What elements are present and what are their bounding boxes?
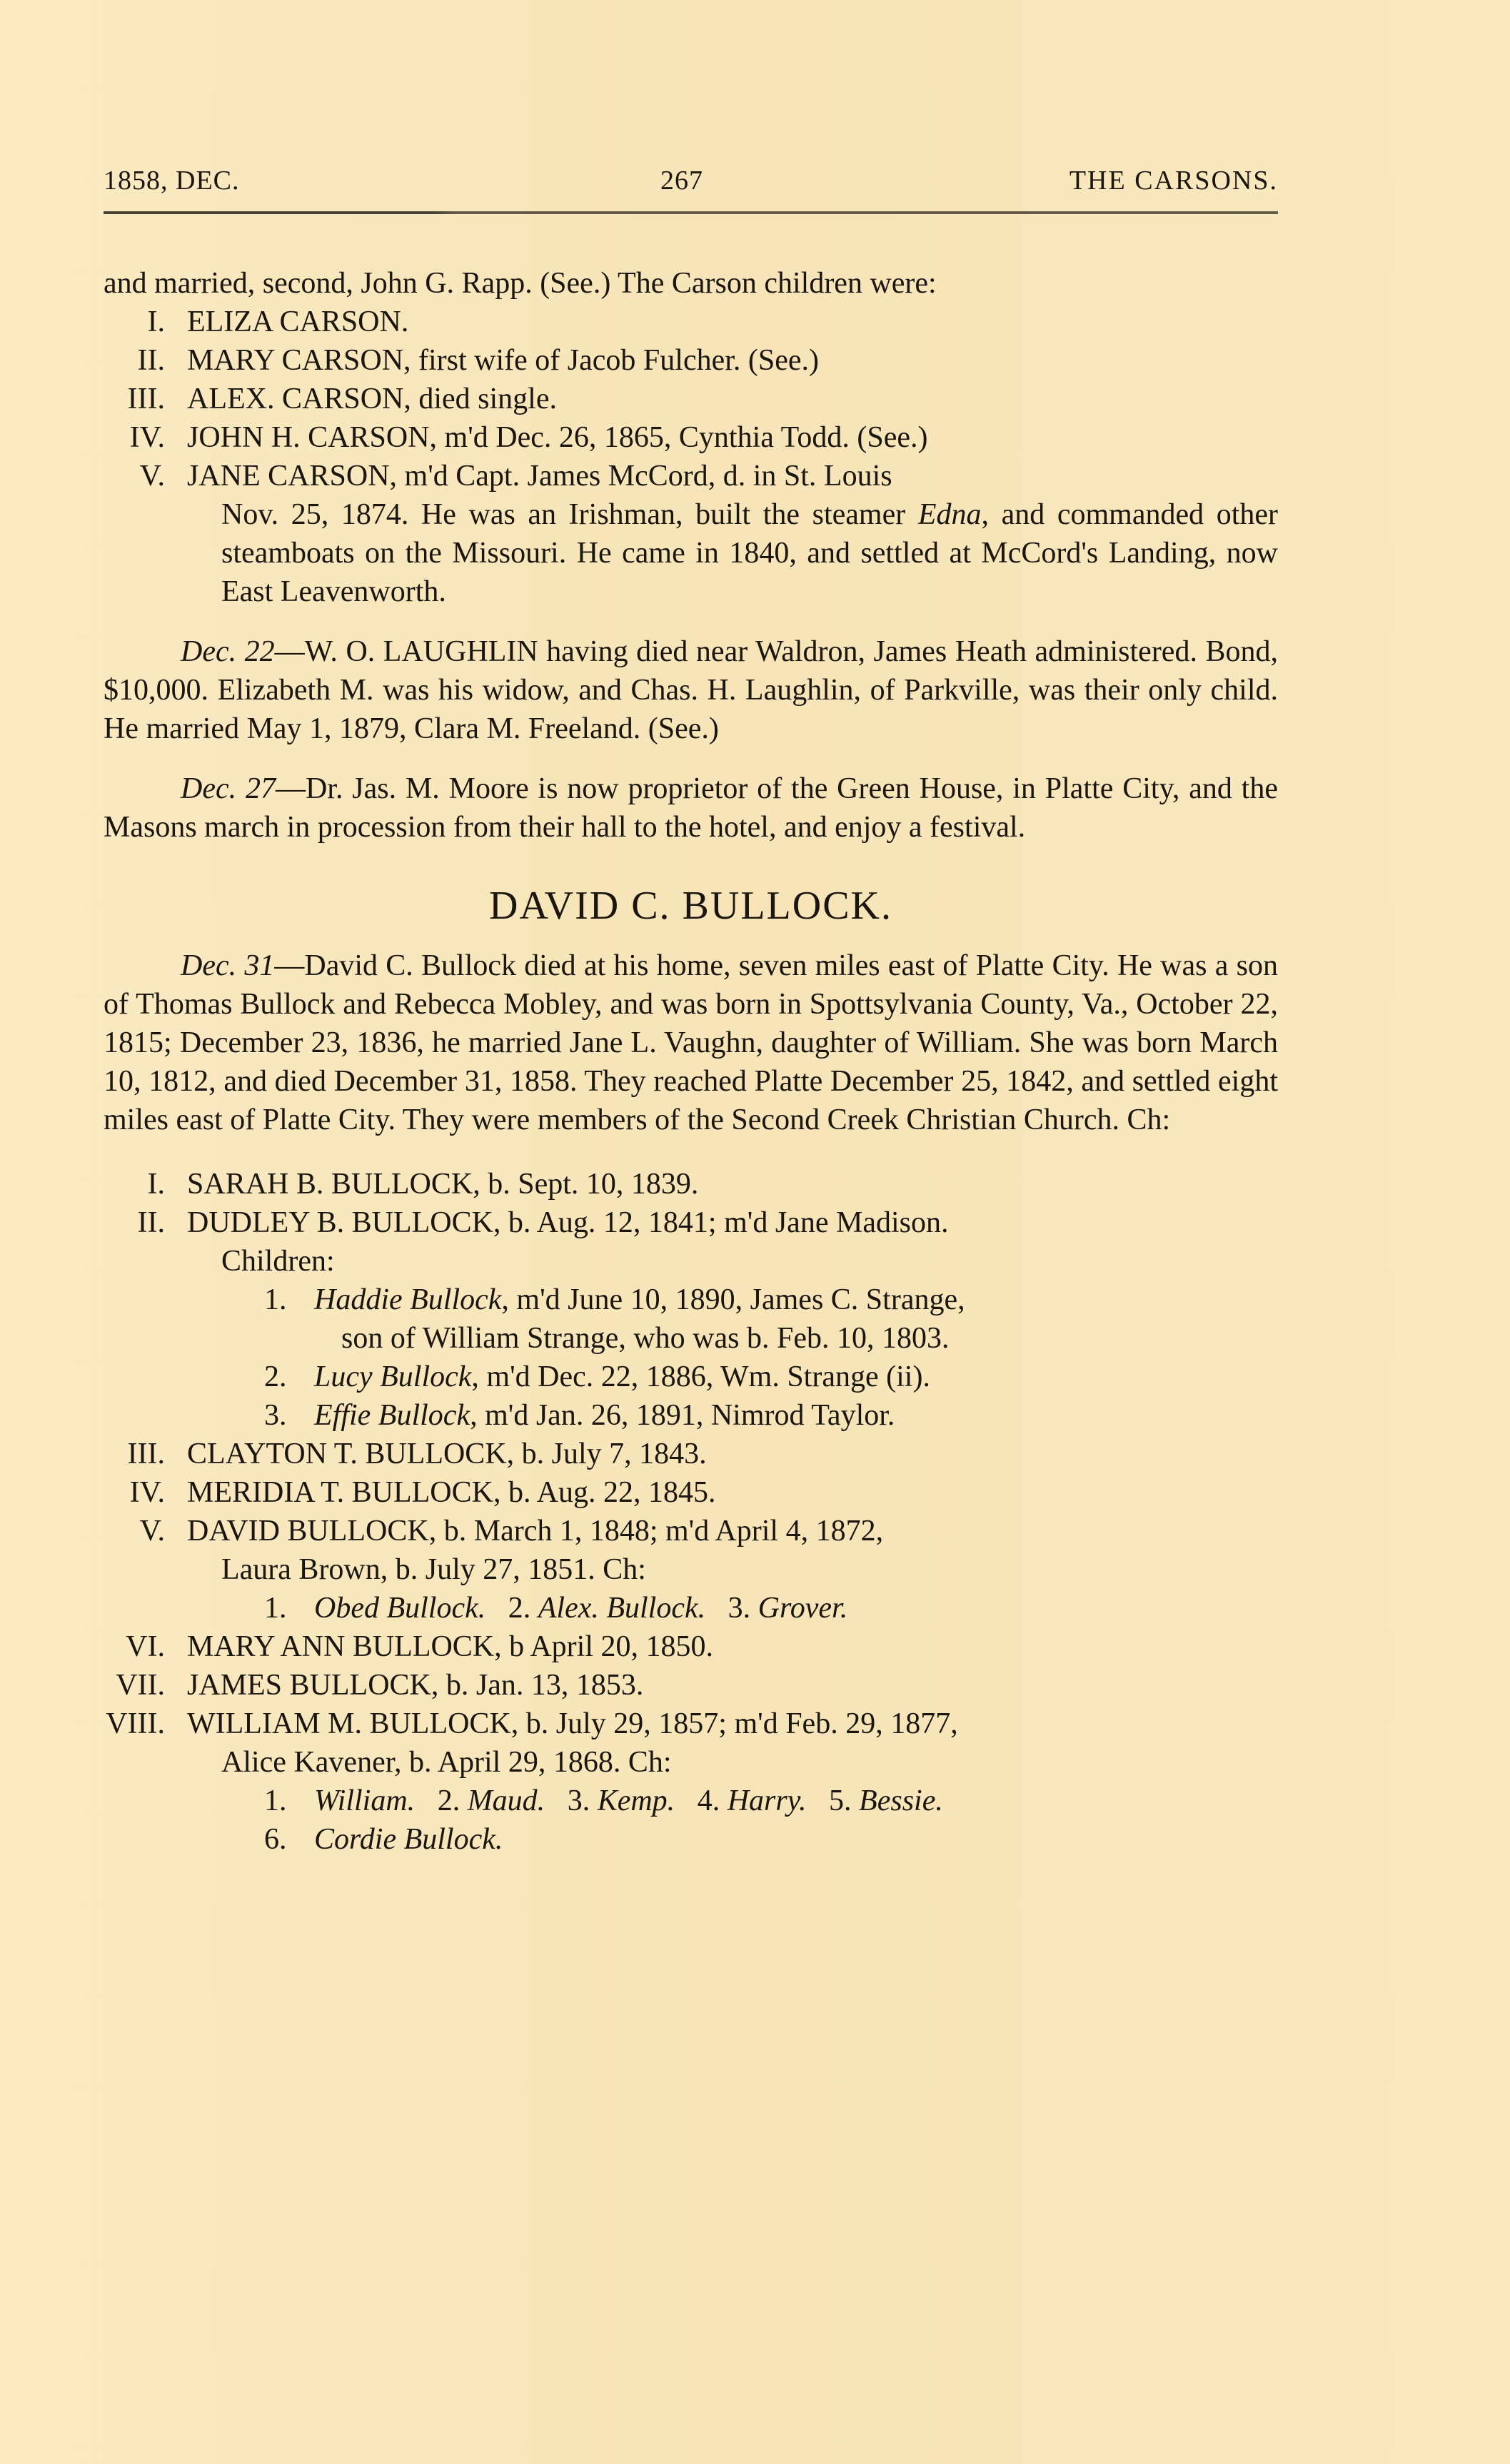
- entry-text: —Dr. Jas. M. Moore is now proprietor of …: [104, 772, 1278, 844]
- grandchild-name: Grover.: [758, 1592, 848, 1625]
- entry-text: —David C. Bullock died at his home, seve…: [104, 949, 1278, 1136]
- steamer-name: Edna: [918, 498, 982, 531]
- grandchild-continuation: son of William Strange, who was b. Feb. …: [314, 1319, 1278, 1358]
- grandchild-name: William.: [314, 1784, 415, 1817]
- carson-children-list: I. ELIZA CARSON. II. MARY CARSON, first …: [104, 303, 1278, 611]
- entry-date: Dec. 27: [181, 772, 276, 805]
- child-text: ELIZA CARSON.: [187, 306, 408, 338]
- running-head-title: THE CARSONS.: [1069, 163, 1278, 198]
- arabic-numeral: 3.: [568, 1784, 590, 1817]
- grandchild-text: , m'd Dec. 22, 1886, Wm. Strange (ii).: [471, 1360, 930, 1393]
- grandchild-name: Obed Bullock.: [314, 1592, 485, 1625]
- list-item: V. JANE CARSON, m'd Capt. James McCord, …: [104, 457, 1278, 611]
- roman-numeral: VII.: [104, 1666, 165, 1705]
- entry-paragraph: Dec. 31—David C. Bullock died at his hom…: [104, 946, 1278, 1139]
- grandchildren-line: 1. Obed Bullock. 2. Alex. Bullock. 3. Gr…: [104, 1589, 1278, 1627]
- child-text: MARY ANN BULLOCK, b April 20, 1850.: [187, 1630, 713, 1663]
- list-item: VI. MARY ANN BULLOCK, b April 20, 1850.: [104, 1627, 1278, 1666]
- entry-date: Dec. 31: [181, 949, 274, 982]
- grandchild-name: Bessie.: [859, 1784, 943, 1817]
- list-item: VII. JAMES BULLOCK, b. Jan. 13, 1853.: [104, 1666, 1278, 1705]
- list-item: II. MARY CARSON, first wife of Jacob Ful…: [104, 341, 1278, 380]
- grandchild-item: 3. Effie Bullock, m'd Jan. 26, 1891, Nim…: [104, 1396, 1278, 1435]
- arabic-numeral: 3.: [728, 1592, 751, 1625]
- roman-numeral: VIII.: [104, 1705, 165, 1743]
- roman-numeral: II.: [104, 1203, 165, 1242]
- entry-date: Dec. 22: [181, 635, 275, 668]
- roman-numeral: IV.: [104, 418, 165, 457]
- bullock-children-list: I. SARAH B. BULLOCK, b. Sept. 10, 1839. …: [104, 1165, 1278, 1859]
- arabic-numeral: 1.: [264, 1589, 287, 1627]
- roman-numeral: II.: [104, 341, 165, 380]
- header-rule: [104, 211, 1278, 214]
- child-text: WILLIAM M. BULLOCK, b. July 29, 1857; m'…: [187, 1707, 958, 1740]
- child-text: ALEX. CARSON, died single.: [187, 383, 557, 415]
- arabic-numeral: 2.: [438, 1784, 460, 1817]
- intro-paragraph: and married, second, John G. Rapp. (See.…: [104, 264, 1278, 303]
- page-body: and married, second, John G. Rapp. (See.…: [104, 264, 1278, 1859]
- arabic-numeral: 1.: [264, 1281, 287, 1319]
- grandchild-name: Maud.: [468, 1784, 545, 1817]
- grandchild-name: Lucy Bullock: [314, 1360, 471, 1393]
- list-item: II. DUDLEY B. BULLOCK, b. Aug. 12, 1841;…: [104, 1203, 1278, 1242]
- grandchild-name: Cordie Bullock.: [314, 1823, 503, 1856]
- entry-paragraph: Dec. 27—Dr. Jas. M. Moore is now proprie…: [104, 769, 1278, 847]
- child-text: DUDLEY B. BULLOCK, b. Aug. 12, 1841; m'd…: [187, 1206, 948, 1239]
- page-number: 267: [660, 163, 703, 198]
- arabic-numeral: 3.: [264, 1396, 287, 1435]
- roman-numeral: V.: [104, 1512, 165, 1550]
- arabic-numeral: 2.: [508, 1592, 531, 1625]
- child-text: SARAH B. BULLOCK, b. Sept. 10, 1839.: [187, 1168, 698, 1201]
- running-head-date: 1858, DEC.: [104, 163, 240, 198]
- list-item: V. DAVID BULLOCK, b. March 1, 1848; m'd …: [104, 1512, 1278, 1589]
- child-continuation: Laura Brown, b. July 27, 1851. Ch:: [187, 1550, 1278, 1589]
- roman-numeral: III.: [104, 380, 165, 418]
- grandchild-text: , m'd Jan. 26, 1891, Nimrod Taylor.: [470, 1399, 895, 1432]
- roman-numeral: V.: [104, 457, 165, 495]
- grandchild-name: Harry.: [728, 1784, 807, 1817]
- grandchild-name: Alex. Bullock.: [538, 1592, 705, 1625]
- arabic-numeral: 4.: [698, 1784, 720, 1817]
- entry-text: —W. O. LAUGHLIN having died near Waldron…: [104, 635, 1278, 745]
- children-label: Children:: [104, 1242, 1278, 1281]
- continuation-text: Nov. 25, 1874. He was an Irishman, built…: [221, 498, 918, 531]
- grandchild-name: Kemp.: [598, 1784, 675, 1817]
- grandchild-item: 1. Haddie Bullock, m'd June 10, 1890, Ja…: [104, 1281, 1278, 1358]
- list-item: I. ELIZA CARSON.: [104, 303, 1278, 341]
- child-continuation: Alice Kavener, b. April 29, 1868. Ch:: [187, 1743, 1278, 1782]
- grandchildren-line: 6. Cordie Bullock.: [104, 1820, 1278, 1859]
- list-item: IV. MERIDIA T. BULLOCK, b. Aug. 22, 1845…: [104, 1473, 1278, 1512]
- running-head: 1858, DEC. 267 THE CARSONS.: [104, 163, 1278, 198]
- arabic-numeral: 5.: [829, 1784, 852, 1817]
- grandchildren-line: 1. William. 2. Maud. 3. Kemp. 4. Harry. …: [104, 1782, 1278, 1820]
- roman-numeral: I.: [104, 1165, 165, 1203]
- roman-numeral: VI.: [104, 1627, 165, 1666]
- section-heading: DAVID C. BULLOCK.: [104, 881, 1278, 931]
- roman-numeral: I.: [104, 303, 165, 341]
- arabic-numeral: 1.: [264, 1782, 287, 1820]
- child-text: MERIDIA T. BULLOCK, b. Aug. 22, 1845.: [187, 1476, 715, 1509]
- child-continuation: Nov. 25, 1874. He was an Irishman, built…: [187, 495, 1278, 611]
- list-item: IV. JOHN H. CARSON, m'd Dec. 26, 1865, C…: [104, 418, 1278, 457]
- grandchild-name: Effie Bullock: [314, 1399, 470, 1432]
- child-text: JAMES BULLOCK, b. Jan. 13, 1853.: [187, 1669, 643, 1702]
- child-text: CLAYTON T. BULLOCK, b. July 7, 1843.: [187, 1438, 707, 1470]
- list-item: I. SARAH B. BULLOCK, b. Sept. 10, 1839.: [104, 1165, 1278, 1203]
- grandchild-name: Haddie Bullock: [314, 1283, 501, 1316]
- list-item: III. ALEX. CARSON, died single.: [104, 380, 1278, 418]
- child-text: JOHN H. CARSON, m'd Dec. 26, 1865, Cynth…: [187, 421, 927, 454]
- grandchild-item: 2. Lucy Bullock, m'd Dec. 22, 1886, Wm. …: [104, 1358, 1278, 1396]
- arabic-numeral: 6.: [264, 1820, 287, 1859]
- entry-paragraph: Dec. 22—W. O. LAUGHLIN having died near …: [104, 632, 1278, 748]
- arabic-numeral: 2.: [264, 1358, 287, 1396]
- list-item: VIII. WILLIAM M. BULLOCK, b. July 29, 18…: [104, 1705, 1278, 1782]
- grandchild-text: , m'd June 10, 1890, James C. Strange,: [501, 1283, 965, 1316]
- list-item: III. CLAYTON T. BULLOCK, b. July 7, 1843…: [104, 1435, 1278, 1473]
- child-text: MARY CARSON, first wife of Jacob Fulcher…: [187, 344, 819, 377]
- child-text: DAVID BULLOCK, b. March 1, 1848; m'd Apr…: [187, 1515, 883, 1547]
- roman-numeral: III.: [104, 1435, 165, 1473]
- child-text: JANE CARSON, m'd Capt. James McCord, d. …: [187, 460, 892, 493]
- roman-numeral: IV.: [104, 1473, 165, 1512]
